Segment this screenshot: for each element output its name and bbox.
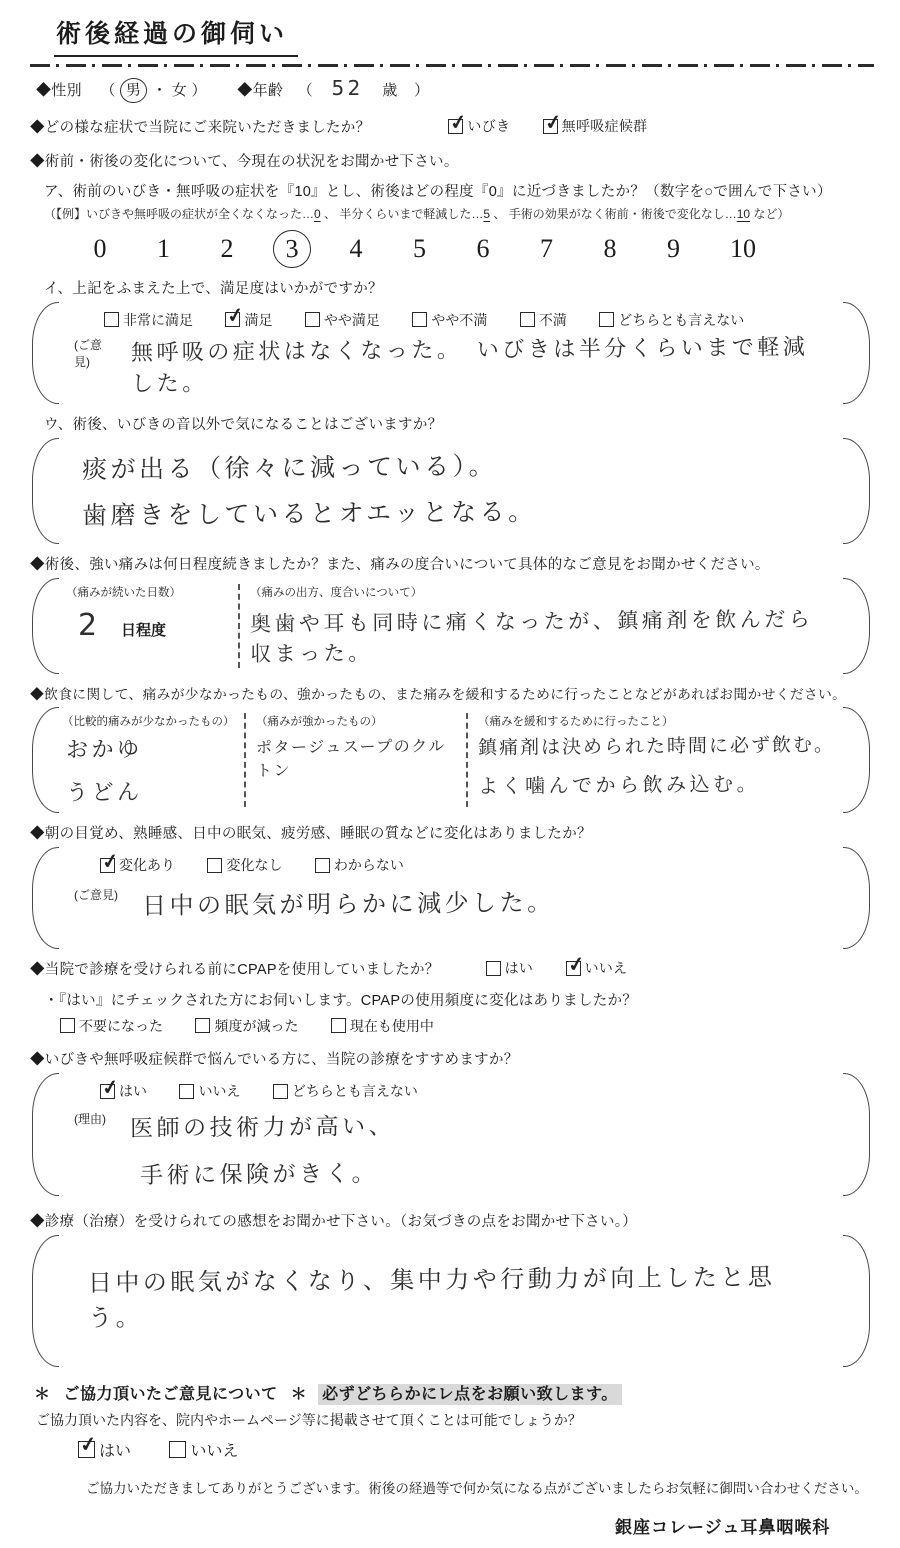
star-mark: ＊ <box>291 1386 308 1403</box>
sleep-box: ✓ 変化あり ✓ 変化なし ✓ わからない (ご意見) 日中の眠気が明らかに減少… <box>32 847 870 949</box>
checkbox-publish-iie[interactable]: ✓ いいえ <box>169 1438 238 1461</box>
checkbox-icon: ✓ <box>100 1084 115 1099</box>
column-divider <box>466 713 468 807</box>
scale-number-0[interactable]: 0 <box>82 231 118 267</box>
checkbox-henka-ari[interactable]: ✓ 変化あり <box>100 855 175 875</box>
gender-female[interactable]: 女 <box>172 82 187 99</box>
checkbox-hindo-hetta[interactable]: ✓ 頻度が減った <box>195 1016 298 1036</box>
gender-paren-open: （ <box>100 82 115 99</box>
food-col1-line2: うどん <box>66 775 234 807</box>
check-icon: ✓ <box>226 302 246 329</box>
header: 術後経過の御伺い <box>30 14 874 57</box>
satisfaction-question: イ、上記をふまえた上で、満足度はいかがですか？ <box>44 277 874 298</box>
food-col2-line1: ポタージュスープのクルトン <box>256 733 456 781</box>
impression-box: 日中の眠気がなくなり、集中力や行動力が向上したと思う。 <box>32 1235 870 1367</box>
food-col3-line1: 鎮痛剤は決められた時間に必ず飲む。 <box>478 730 836 760</box>
rating-scale: 0 1 2 3 4 5 6 7 8 9 10 <box>82 230 874 268</box>
pain-detail-label: （痛みの出方、度合いについて） <box>250 584 826 600</box>
pain-days-value: 2 <box>78 608 101 643</box>
recommend-reason-line2: 手術に保険がきく。 <box>140 1154 395 1189</box>
checkbox-henka-nashi[interactable]: ✓ 変化なし <box>207 855 282 875</box>
pain-days-label: （痛みが続いた日数） <box>66 584 228 600</box>
pain-detail-comment: 奥歯や耳も同時に痛くなったが、鎮痛剤を飲んだら収まった。 <box>250 603 827 668</box>
checkbox-wakaranai[interactable]: ✓ わからない <box>315 855 404 875</box>
recommend-question: ◆いびきや無呼吸症候群で悩んでいる方に、当院の診療をすすめますか？ <box>30 1048 874 1069</box>
checkbox-icon: ✓ <box>195 1018 210 1033</box>
checkbox-icon: ✓ <box>225 312 240 327</box>
checkbox-icon: ✓ <box>60 1018 75 1033</box>
checkbox-icon: ✓ <box>100 858 115 873</box>
checkbox-fuyo[interactable]: ✓ 不要になった <box>60 1016 163 1036</box>
thanks-message: ご協力いただきましてありがとうございます。術後の経過等で何か気になる点がございま… <box>86 1477 874 1497</box>
checkbox-manzoku[interactable]: ✓ 満足 <box>225 310 272 330</box>
example-value-10: 10 <box>737 207 750 221</box>
checkbox-susume-iie[interactable]: ✓ いいえ <box>179 1081 240 1101</box>
checkbox-ibiki[interactable]: ✓ いびき <box>448 116 510 136</box>
checkbox-publish-hai[interactable]: ✓ はい <box>78 1438 131 1461</box>
cpap-followup-question: ・『はい』にチェックされた方にお伺いします。CPAPの使用頻度に変化はありました… <box>44 989 874 1010</box>
scale-number-7[interactable]: 7 <box>529 231 565 267</box>
recommend-reason-line1: 医師の技術力が高い、 <box>130 1107 395 1142</box>
column-divider <box>238 584 240 668</box>
pain-question: ◆術後、強い痛みは何日程度続きましたか？また、痛みの度合いについて具体的なご意見… <box>30 553 874 574</box>
satisfaction-comment: 無呼吸の症状はなくなった。 いびきは半分くらいまで軽減した。 <box>130 330 826 398</box>
food-relief-column: （痛みを緩和するために行ったこと） 鎮痛剤は決められた時間に必ず飲む。 よく噛ん… <box>478 713 836 807</box>
check-icon: ✓ <box>543 108 563 135</box>
pain-detail-column: （痛みの出方、度合いについて） 奥歯や耳も同時に痛くなったが、鎮痛剤を飲んだら収… <box>250 584 826 668</box>
other-symptoms-line1: 痰が出る（徐々に減っている）。 <box>82 444 826 486</box>
checkbox-icon: ✓ <box>305 312 320 327</box>
check-icon: ✓ <box>566 950 586 977</box>
checkbox-icon: ✓ <box>179 1084 194 1099</box>
gender-male-circled[interactable]: 男 <box>119 77 148 104</box>
survey-form: 術後経過の御伺い ◆性別 （ 男 ・ 女 ） ◆年齢 （ 52 歳 ） ◆どの様… <box>0 0 900 1548</box>
scale-number-10[interactable]: 10 <box>719 231 767 267</box>
scale-number-1[interactable]: 1 <box>146 231 182 267</box>
checkbox-mukokyu[interactable]: ✓ 無呼吸症候群 <box>543 116 648 136</box>
age-unit: 歳 <box>382 82 397 99</box>
other-symptoms-line2: 歯磨きをしているとオエッとなる。 <box>82 490 826 532</box>
scale-number-9[interactable]: 9 <box>656 231 692 267</box>
checkbox-cpap-iie[interactable]: ✓ いいえ <box>566 958 628 978</box>
checkbox-icon: ✓ <box>331 1018 346 1033</box>
symptoms-row: ◆どの様な症状で当院にご来院いただきましたか？ ✓ いびき ✓ 無呼吸症候群 <box>30 116 874 138</box>
reason-label: (理由) <box>74 1110 106 1127</box>
checkbox-icon: ✓ <box>599 312 614 327</box>
checkbox-icon: ✓ <box>412 312 427 327</box>
age-label: ◆年齢 <box>237 82 283 99</box>
checkbox-cpap-hai[interactable]: ✓ はい <box>486 958 534 978</box>
check-icon: ✓ <box>78 1430 98 1457</box>
consent-note-label: ご協力頂いたご意見について <box>63 1386 277 1403</box>
checkbox-icon: ✓ <box>448 119 463 134</box>
pain-days-column: （痛みが続いた日数） 2 日程度 <box>66 584 228 668</box>
sleep-options: ✓ 変化あり ✓ 変化なし ✓ わからない <box>100 855 826 878</box>
pain-box: （痛みが続いた日数） 2 日程度 （痛みの出方、度合いについて） 奥歯や耳も同時… <box>32 578 870 674</box>
publish-question: ご協力頂いた内容を、院内やホームページ等に掲載させて頂くことは可能でしょうか？ <box>36 1410 874 1430</box>
gender-paren-close: ） <box>192 82 207 99</box>
impression-question: ◆診療（治療）を受けられての感想をお聞かせ下さい。（お気づきの点をお聞かせ下さい… <box>30 1210 874 1231</box>
gender-label: ◆性別 <box>36 82 82 99</box>
clinic-name: 銀座コレージュ耳鼻咽喉科 <box>615 1513 874 1538</box>
checkbox-icon: ✓ <box>543 119 558 134</box>
satisfaction-box: ✓ 非常に満足 ✓ 満足 ✓ やや満足 ✓ やや不満 ✓ 不満 ✓ どちらとも言… <box>32 302 870 405</box>
comment-label: (ご意見) <box>74 886 118 903</box>
cpap-row: ◆当院で診療を受けられる前にCPAPを使用していましたか？ ✓ はい ✓ いいえ <box>30 958 874 980</box>
food-box: （比較的痛みが少なかったもの） おかゆ うどん （痛みが強かったもの） ポタージ… <box>32 707 870 813</box>
satisfaction-options: ✓ 非常に満足 ✓ 満足 ✓ やや満足 ✓ やや不満 ✓ 不満 ✓ どちらとも言… <box>104 310 826 333</box>
gender-separator: ・ <box>152 82 167 99</box>
checkbox-susume-hai[interactable]: ✓ はい <box>100 1081 147 1101</box>
scale-number-8[interactable]: 8 <box>592 231 628 267</box>
example-value-0: 0 <box>314 207 321 221</box>
check-icon: ✓ <box>449 108 469 135</box>
checkbox-icon: ✓ <box>486 961 501 976</box>
checkbox-genzai-shiyochu[interactable]: ✓ 現在も使用中 <box>331 1016 434 1036</box>
other-symptoms-question: ウ、術後、いびきの音以外で気になることはございますか？ <box>44 413 874 434</box>
checkbox-icon: ✓ <box>104 312 119 327</box>
checkbox-icon: ✓ <box>315 858 330 873</box>
food-col1-label: （比較的痛みが少なかったもの） <box>62 713 234 729</box>
food-col3-label: （痛みを緩和するために行ったこと） <box>478 713 836 729</box>
sleep-question: ◆朝の目覚め、熟睡感、日中の眠気、疲労感、睡眠の質などに変化はありましたか？ <box>30 822 874 843</box>
checkbox-icon: ✓ <box>78 1441 95 1458</box>
checkbox-fuman[interactable]: ✓ 不満 <box>520 310 567 330</box>
food-more-pain-column: （痛みが強かったもの） ポタージュスープのクルトン <box>256 713 456 807</box>
scale-number-4[interactable]: 4 <box>338 231 374 267</box>
scale-question: ア、術前のいびき・無呼吸の症状を『10』とし、術後はどの程度『0』に近づきました… <box>44 180 874 201</box>
sleep-comment: 日中の眠気が明らかに減少した。 <box>142 882 555 921</box>
checkbox-icon: ✓ <box>207 858 222 873</box>
food-question: ◆飲食に関して、痛みが少なかったもの、強かったもの、また痛みを緩和するために行っ… <box>30 683 874 703</box>
check-icon: ✓ <box>100 847 120 874</box>
age-paren-open: （ <box>298 82 313 99</box>
checkbox-icon: ✓ <box>566 961 581 976</box>
food-less-pain-column: （比較的痛みが少なかったもの） おかゆ うどん <box>62 713 234 807</box>
checkbox-icon: ✓ <box>520 312 535 327</box>
checkbox-yaya-fuman[interactable]: ✓ やや不満 <box>412 310 487 330</box>
impression-comment: 日中の眠気がなくなり、集中力や行動力が向上したと思う。 <box>88 1256 827 1332</box>
consent-note: ＊ ご協力頂いたご意見について ＊ 必ずどちらかにレ点をお願い致します。 <box>34 1381 874 1404</box>
age-value: 52 <box>331 76 363 100</box>
consent-note-highlight: 必ずどちらかにレ点をお願い致します。 <box>318 1384 622 1405</box>
cpap-followup-options: ✓ 不要になった ✓ 頻度が減った ✓ 現在も使用中 <box>60 1016 874 1039</box>
recommend-options: ✓ はい ✓ いいえ ✓ どちらとも言えない <box>100 1081 826 1104</box>
checkbox-icon: ✓ <box>169 1441 186 1458</box>
checkbox-susume-dochira[interactable]: ✓ どちらとも言えない <box>273 1081 418 1101</box>
food-col2-label: （痛みが強かったもの） <box>256 713 456 729</box>
column-divider <box>244 713 246 807</box>
comment-label: (ご意見) <box>74 336 115 370</box>
scale-number-2[interactable]: 2 <box>209 231 245 267</box>
checkbox-hijo-manzoku[interactable]: ✓ 非常に満足 <box>104 310 193 330</box>
scale-number-3-circled[interactable]: 3 <box>272 229 312 269</box>
symptoms-question: ◆どの様な症状で当院にご来院いただきましたか？ <box>30 116 370 137</box>
dash-dot-divider <box>30 64 874 67</box>
food-col3-line2: よく噛んでから飲み込む。 <box>478 767 836 799</box>
scale-number-5[interactable]: 5 <box>402 231 438 267</box>
profile-row: ◆性別 （ 男 ・ 女 ） ◆年齢 （ 52 歳 ） <box>36 76 874 103</box>
checkbox-dochira-demonai[interactable]: ✓ どちらとも言えない <box>599 310 744 330</box>
checkbox-icon: ✓ <box>273 1084 288 1099</box>
publish-options: ✓ はい ✓ いいえ <box>78 1438 874 1463</box>
page-title: 術後経過の御伺い <box>54 14 298 57</box>
star-mark: ＊ <box>34 1386 51 1403</box>
pain-days-unit: 日程度 <box>121 622 166 639</box>
check-icon: ✓ <box>100 1073 120 1100</box>
scale-number-6[interactable]: 6 <box>465 231 501 267</box>
change-heading: ◆術前・術後の変化について、今現在の状況をお聞かせ下さい。 <box>30 150 874 171</box>
other-symptoms-box: 痰が出る（徐々に減っている）。 歯磨きをしているとオエッとなる。 <box>32 438 870 544</box>
checkbox-yaya-manzoku[interactable]: ✓ やや満足 <box>305 310 380 330</box>
recommend-box: ✓ はい ✓ いいえ ✓ どちらとも言えない (理由) 医師の技術力が高い、 手… <box>32 1073 870 1196</box>
scale-example: （【例】いびきや無呼吸の症状が全くなくなった…0 、 半分くらいまで軽減した…5… <box>44 205 874 222</box>
food-col1-line1: おかゆ <box>66 732 234 764</box>
cpap-question: ◆当院で診療を受けられる前にCPAPを使用していましたか？ <box>30 958 440 979</box>
age-paren-close: ） <box>414 82 429 99</box>
